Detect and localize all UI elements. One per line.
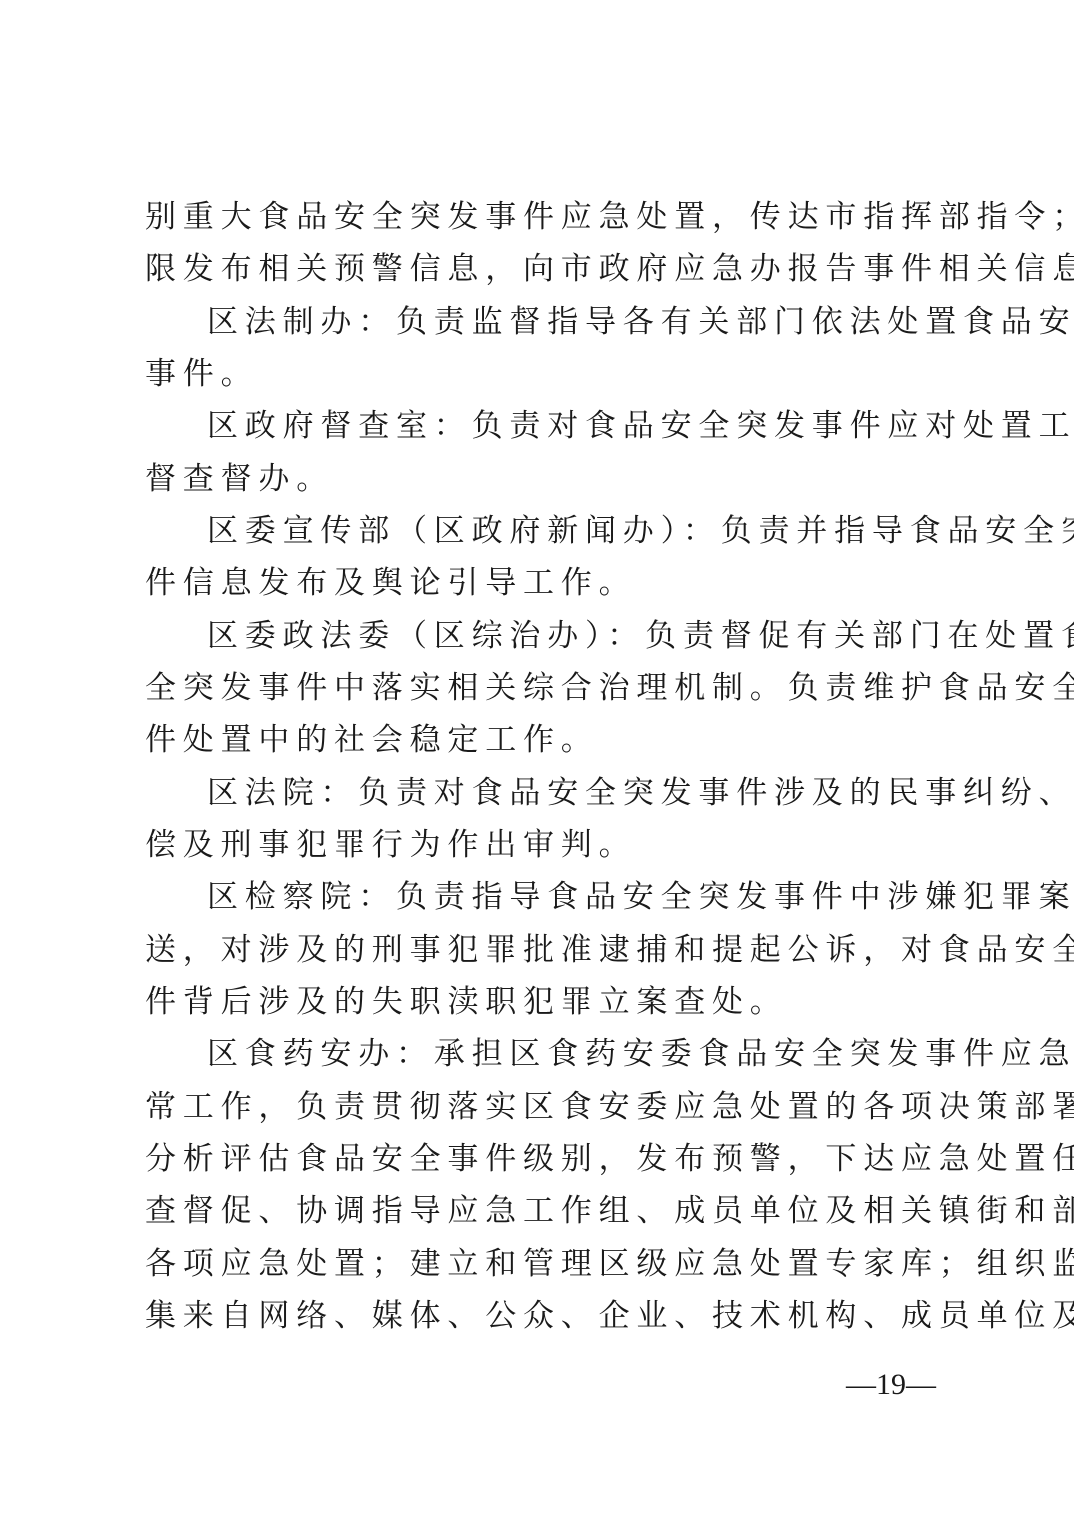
paragraph-heading-line: 区法制办：负责监督指导各有关部门依法处置食品安全突发 bbox=[145, 296, 941, 348]
text-line: 常工作，负责贯彻落实区食安委应急处置的各项决策部署；组织 bbox=[145, 1081, 941, 1133]
text-line: 分析评估食品安全事件级别，发布预警，下达应急处置任务；检 bbox=[145, 1133, 941, 1185]
page-number: —19— bbox=[846, 1368, 916, 1402]
text-line: 集来自网络、媒体、公众、企业、技术机构、成员单位及其他渠 bbox=[145, 1290, 941, 1342]
paragraph-heading-line: 区法院：负责对食品安全突发事件涉及的民事纠纷、民事赔 bbox=[145, 767, 941, 819]
text-line: 送，对涉及的刑事犯罪批准逮捕和提起公诉，对食品安全突发事 bbox=[145, 924, 941, 976]
text-line: 件处置中的社会稳定工作。 bbox=[145, 714, 941, 766]
text-line: 件背后涉及的失职渎职犯罪立案查处。 bbox=[145, 976, 941, 1028]
text-line: 全突发事件中落实相关综合治理机制。负责维护食品安全突发事 bbox=[145, 662, 941, 714]
text-line: 督查督办。 bbox=[145, 453, 941, 505]
text-line: 限发布相关预警信息，向市政府应急办报告事件相关信息。 bbox=[145, 243, 941, 295]
text-line: 事件。 bbox=[145, 348, 941, 400]
body-text: 别重大食品安全突发事件应急处置，传达市指挥部指令；按照权 限发布相关预警信息，向… bbox=[145, 191, 941, 1342]
text-line: 别重大食品安全突发事件应急处置，传达市指挥部指令；按照权 bbox=[145, 191, 941, 243]
document-page: 别重大食品安全突发事件应急处置，传达市指挥部指令；按照权 限发布相关预警信息，向… bbox=[0, 0, 1074, 1520]
paragraph-heading-line: 区政府督查室：负责对食品安全突发事件应对处置工作进行 bbox=[145, 400, 941, 452]
paragraph-heading-line: 区委政法委（区综治办）：负责督促有关部门在处置食品安 bbox=[145, 610, 941, 662]
text-line: 查督促、协调指导应急工作组、成员单位及相关镇街和部门做好 bbox=[145, 1185, 941, 1237]
text-line: 偿及刑事犯罪行为作出审判。 bbox=[145, 819, 941, 871]
paragraph-heading-line: 区委宣传部（区政府新闻办）：负责并指导食品安全突发事 bbox=[145, 505, 941, 557]
text-line: 各项应急处置；建立和管理区级应急处置专家库；组织监测、收 bbox=[145, 1238, 941, 1290]
paragraph-heading-line: 区食药安办：承担区食药安委食品安全突发事件应急处置日 bbox=[145, 1028, 941, 1080]
text-line: 件信息发布及舆论引导工作。 bbox=[145, 557, 941, 609]
paragraph-heading-line: 区检察院：负责指导食品安全突发事件中涉嫌犯罪案件的移 bbox=[145, 871, 941, 923]
